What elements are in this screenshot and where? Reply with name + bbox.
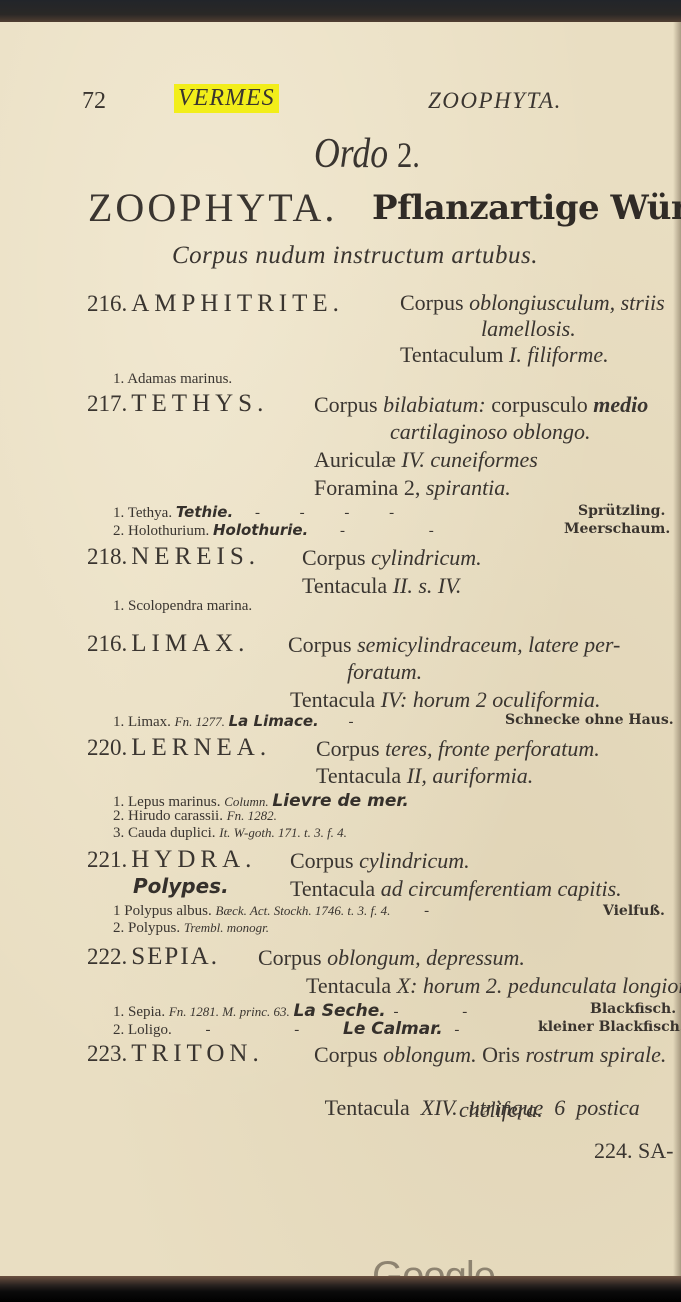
genus-number: 223.: [87, 1041, 127, 1066]
genus-heading: 216. LIMAX.: [87, 630, 249, 658]
species-entry: 1. Tethya. Tethie. - - - -: [113, 503, 412, 522]
genus-character-line: Corpus cylindricum.: [302, 545, 482, 571]
book-bottom-edge: [0, 1276, 681, 1302]
handwritten-annotation: Polypes.: [133, 874, 229, 898]
species-entry: 1. Adamas marinus.: [113, 371, 232, 388]
genus-heading: 220. LERNEA.: [87, 734, 271, 762]
page-number: 72: [82, 88, 106, 115]
species-entry: 1 Polypus albus. Bæck. Act. Stockh. 1746…: [113, 903, 429, 920]
ordo-number: 2.: [397, 135, 420, 175]
species-german-name: Vielfuß.: [603, 903, 665, 919]
handwritten-annotation: Lievre de mer.: [272, 791, 408, 811]
handwritten-annotation: Holothurie.: [213, 521, 308, 539]
genus-heading: 223. TRITON.: [87, 1040, 264, 1068]
genus-character-line: Corpus oblongum, depressum.: [258, 945, 525, 971]
class-title: ZOOPHYTA.: [88, 184, 337, 231]
genus-character-line: Corpus oblongiusculum, striis: [400, 290, 665, 316]
genus-heading: 218. NEREIS.: [87, 543, 260, 571]
species-entry: 1. Sepia. Fn. 1281. M. princ. 63. La Sec…: [113, 1001, 497, 1021]
genus-heading: 221. HYDRA.: [87, 846, 256, 874]
genus-name: TRITON.: [131, 1040, 263, 1067]
ordo-label: Ordo: [314, 131, 388, 177]
genus-name: SEPIA.: [131, 943, 219, 970]
species-entry: 2. Holothurium. Holothurie. - -: [113, 521, 474, 540]
genus-heading: 216. AMPHITRITE.: [87, 290, 344, 318]
species-entry: 1. Limax. Fn. 1277. La Limace. -: [113, 712, 353, 731]
genus-name: AMPHITRITE.: [131, 290, 344, 317]
class-title-german: Pflanzartige Würme.: [372, 188, 681, 228]
genus-heading: 217. TETHYS.: [87, 390, 268, 418]
genus-character-line: Tentacula IV: horum 2 oculiformia.: [290, 687, 600, 713]
species-german-name: Blackfisch.: [590, 1001, 676, 1017]
genus-number: 221.: [87, 847, 127, 872]
genus-name: HYDRA.: [131, 846, 256, 873]
genus-character-line: Tentacula X: horum 2. pedunculata longio…: [306, 973, 681, 999]
genus-character-line: lamellosis.: [481, 316, 576, 342]
genus-heading: 222. SEPIA.: [87, 943, 219, 971]
genus-number: 216.: [87, 291, 127, 316]
species-german-name: Sprützling.: [578, 503, 665, 519]
species-german-name: kleiner Blackfisch.: [538, 1019, 681, 1035]
genus-character-line: Corpus teres, fronte perforatum.: [316, 736, 600, 762]
ordo-heading: Ordo 2.: [314, 130, 420, 178]
species-entry: 1. Scolopendra marina.: [113, 598, 252, 615]
genus-name: NEREIS.: [131, 543, 260, 570]
genus-character-line: Foramina 2, spirantia.: [314, 475, 511, 501]
genus-name: TETHYS.: [131, 390, 268, 417]
species-german-name: Meerschaum.: [564, 521, 670, 537]
genus-number: 216.: [87, 631, 127, 656]
genus-character-line: chelifera.: [459, 1097, 543, 1123]
genus-character-line: foratum.: [347, 659, 422, 685]
genus-number: 218.: [87, 544, 127, 569]
genus-character-line: Corpus semicylindraceum, latere per-: [288, 632, 620, 658]
class-description: Corpus nudum instructum artubus.: [172, 242, 538, 270]
handwritten-annotation: La Seche.: [294, 1001, 386, 1021]
genus-character-line: Tentaculum I. filiforme.: [400, 342, 609, 368]
genus-character-line: Corpus bilabiatum: corpusculo medio: [314, 392, 648, 418]
handwritten-annotation: Tethie.: [176, 503, 233, 521]
genus-character-line: Tentacula ad circumferentiam capitis.: [290, 876, 622, 902]
genus-name: LIMAX.: [131, 630, 249, 657]
genus-character-line: Corpus oblongum. Oris rostrum spirale.: [314, 1042, 666, 1068]
species-entry: 2. Loligo. - - Le Calmar. -: [113, 1019, 459, 1039]
species-entry: 2. Polypus. Trembl. monogr.: [113, 920, 269, 937]
genus-character-line: cartilaginoso oblongo.: [390, 419, 590, 445]
genus-character-line: Tentacula II. s. IV.: [302, 573, 461, 599]
handwritten-annotation: La Limace.: [229, 712, 319, 730]
genus-character-line: Auriculæ IV. cuneiformes: [314, 447, 538, 473]
species-entry: 2. Hirudo carassii. Fn. 1282.: [113, 808, 277, 825]
genus-number: 222.: [87, 944, 127, 969]
running-head-left-highlighted: VERMES: [174, 84, 279, 113]
handwritten-annotation: Le Calmar.: [343, 1019, 443, 1039]
book-top-edge: [0, 0, 681, 24]
running-head-right: ZOOPHYTA.: [428, 88, 562, 114]
genus-number: 220.: [87, 735, 127, 760]
genus-number: 217.: [87, 391, 127, 416]
genus-character-line: Tentacula II, auriformia.: [316, 763, 533, 789]
genus-name: LERNEA.: [131, 734, 271, 761]
species-german-name: Schnecke ohne Haus.: [505, 712, 674, 728]
catchword: 224. SA-: [594, 1138, 673, 1164]
species-entry: 3. Cauda duplici. It. W-goth. 171. t. 3.…: [113, 825, 347, 842]
genus-character-line: Corpus cylindricum.: [290, 848, 470, 874]
